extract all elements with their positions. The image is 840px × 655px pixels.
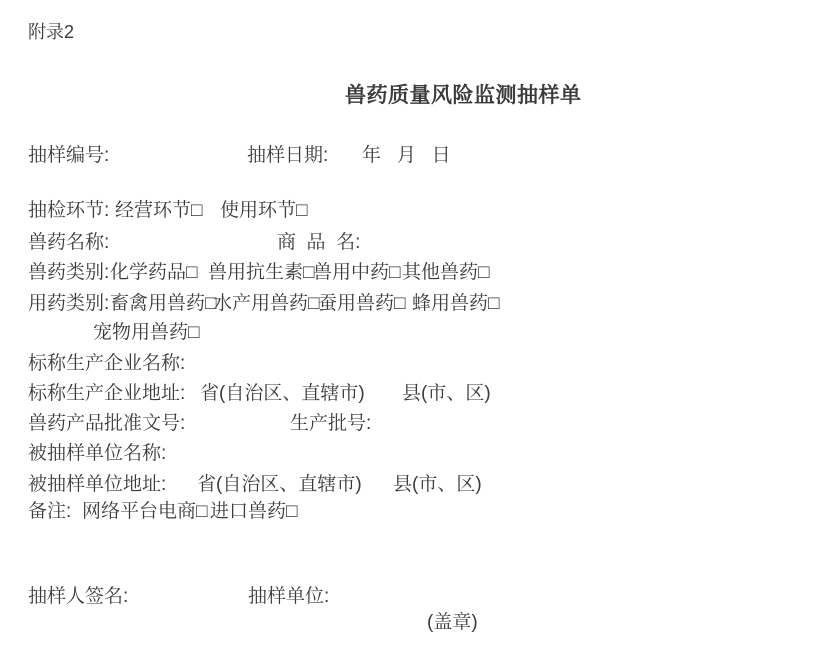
- usage-category-label: 用药类别:: [28, 289, 109, 319]
- remarks-label: 备注:: [28, 497, 71, 527]
- manufacturer-name-label: 标称生产企业名称:: [28, 349, 185, 379]
- usage-category-option-bee: 蜂用兽药□: [412, 289, 499, 319]
- sampled-unit-address-label: 被抽样单位地址:: [28, 470, 166, 500]
- manufacturer-address-label: 标称生产企业地址:: [28, 379, 185, 409]
- drug-name-label: 兽药名称:: [28, 228, 109, 258]
- line-drug-category: 兽药类别: 化学药品□ 兽用抗生素□ 兽用中药□ 其他兽药□: [28, 258, 840, 288]
- line-manufacturer-address: 标称生产企业地址: 省(自治区、直辖市) 县(市、区): [28, 379, 840, 409]
- sample-date-label: 抽样日期:: [247, 141, 328, 171]
- stage-option-use: 使用环节□: [220, 196, 307, 226]
- line-drug-name: 兽药名称: 商 品 名:: [28, 228, 840, 258]
- seal-hint: (盖章): [427, 608, 478, 638]
- line-usage-category: 用药类别: 畜禽用兽药□ 水产用兽药□ 蚕用兽药□ 蜂用兽药□: [28, 289, 840, 319]
- line-manufacturer-name: 标称生产企业名称:: [28, 349, 840, 379]
- line-seal: (盖章): [28, 608, 840, 638]
- stage-label: 抽检环节:: [28, 196, 109, 226]
- date-blank-label: 年 月 日: [362, 141, 451, 171]
- usage-category-option-aquatic: 水产用兽药□: [213, 289, 319, 319]
- drug-category-option-tcm: 兽用中药□: [313, 258, 400, 288]
- province-hint: 省(自治区、直辖市): [197, 470, 362, 500]
- line-inspection-stage: 抽检环节: 经营环节□ 使用环节□: [28, 196, 840, 226]
- line-sample-header: 抽样编号: 抽样日期: 年 月 日: [28, 141, 840, 171]
- usage-category-option-livestock: 畜禽用兽药□: [110, 289, 216, 319]
- document-page: 附录2 兽药质量风险监测抽样单 抽样编号: 抽样日期: 年 月 日 抽检环节: …: [0, 0, 840, 655]
- sample-no-label: 抽样编号:: [28, 141, 109, 171]
- remarks-option-ecommerce: 网络平台电商□: [82, 497, 207, 527]
- drug-category-option-other: 其他兽药□: [402, 258, 489, 288]
- approval-no-label: 兽药产品批准文号:: [28, 409, 185, 439]
- trade-name-label: 商 品 名:: [277, 228, 360, 258]
- line-approval-batch: 兽药产品批准文号: 生产批号:: [28, 409, 840, 439]
- sampled-unit-name-label: 被抽样单位名称:: [28, 439, 166, 469]
- county-hint: 县(市、区): [402, 379, 491, 409]
- batch-no-label: 生产批号:: [290, 409, 371, 439]
- drug-category-option-antibiotic: 兽用抗生素□: [208, 258, 314, 288]
- drug-category-option-chemical: 化学药品□: [110, 258, 197, 288]
- line-usage-category-cont: 宠物用兽药□: [28, 318, 840, 348]
- drug-category-label: 兽药类别:: [28, 258, 109, 288]
- usage-category-option-pet: 宠物用兽药□: [93, 318, 199, 348]
- remarks-option-imported: 进口兽药□: [210, 497, 297, 527]
- province-hint: 省(自治区、直辖市): [200, 379, 365, 409]
- usage-category-option-silkworm: 蚕用兽药□: [318, 289, 405, 319]
- line-sampled-unit-address: 被抽样单位地址: 省(自治区、直辖市) 县(市、区): [28, 470, 840, 500]
- line-remarks: 备注: 网络平台电商□ 进口兽药□: [28, 497, 840, 527]
- sampling-form: 抽样编号: 抽样日期: 年 月 日 抽检环节: 经营环节□ 使用环节□ 兽药名称…: [0, 0, 840, 655]
- line-sampled-unit-name: 被抽样单位名称:: [28, 439, 840, 469]
- stage-option-business: 经营环节□: [115, 196, 202, 226]
- county-hint: 县(市、区): [393, 470, 482, 500]
